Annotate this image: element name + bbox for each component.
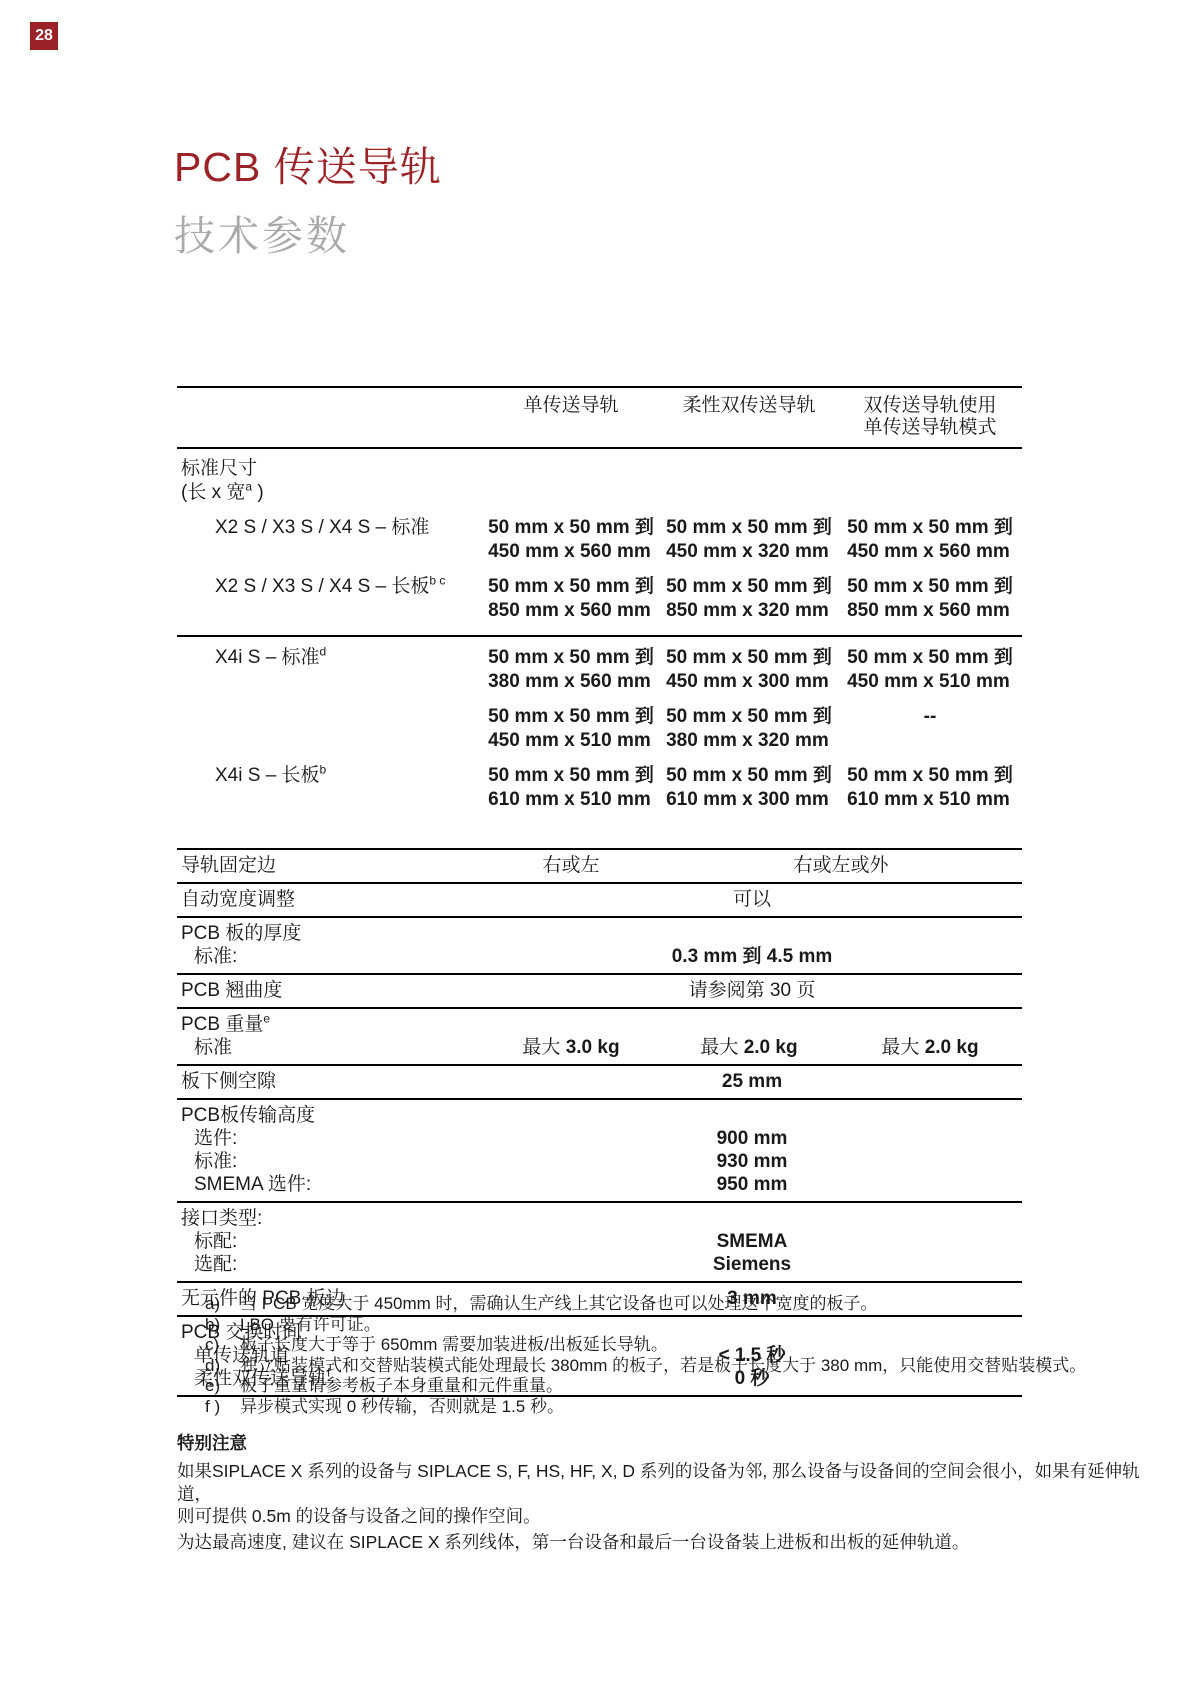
page-subtitle: 技术参数 xyxy=(174,203,442,262)
header-empty xyxy=(177,395,482,439)
special-note-title: 特别注意 xyxy=(177,1430,1162,1455)
row-pcb-weight: PCB 重量e 标准 最大 3.0 kg 最大 2.0 kg 最大 2.0 kg xyxy=(177,1009,1022,1066)
row-transport-height: PCB板传输高度 选件: 900 mm 标准: 930 mm SMEMA 选件:… xyxy=(177,1100,1022,1203)
header-dual-as-single: 双传送导轨使用 单传送导轨模式 xyxy=(838,395,1022,439)
table-row-x2x3x4-long-board: X2 S / X3 S / X4 S – 长板b c 50 mm x 50 mm… xyxy=(177,575,1022,623)
table-row-x4is-long-board: X4i S – 长板b 50 mm x 50 mm 到610 mm x 510 … xyxy=(177,764,1022,812)
dimensions-table: 单传送导轨 柔性双传送导轨 双传送导轨使用 单传送导轨模式 标准尺寸 (长 x … xyxy=(177,386,1022,812)
page-number: 28 xyxy=(35,27,53,45)
row-rail-fixed-edge: 导轨固定边 右或左 右或左或外 xyxy=(177,850,1022,884)
table-row-x4is-standard: X4i S – 标准d 50 mm x 50 mm 到380 mm x 560 … xyxy=(177,635,1022,694)
document-page: 28 PCB 传送导轨 技术参数 单传送导轨 柔性双传送导轨 双传送导轨使用 单… xyxy=(0,0,1191,1684)
special-note-line: 则可提供 0.5m 的设备与设备之间的操作空间。 xyxy=(177,1505,1162,1528)
footnote-c: c)板子长度大于等于 650mm 需要加装进板/出板延长导轨。 xyxy=(205,1335,1165,1356)
spec-tables: 单传送导轨 柔性双传送导轨 双传送导轨使用 单传送导轨模式 标准尺寸 (长 x … xyxy=(177,386,1022,1397)
footnotes: a)当 PCB 宽度大于 450mm 时，需确认生产线上其它设备也可以处理这个宽… xyxy=(205,1294,1165,1417)
page-title: PCB 传送导轨 xyxy=(174,134,442,193)
special-note-line: 如果SIPLACE X 系列的设备与 SIPLACE S, F, HS, HF,… xyxy=(177,1460,1162,1505)
special-note-line: 为达最高速度, 建议在 SIPLACE X 系列线体，第一台设备和最后一台设备装… xyxy=(177,1531,1162,1554)
header-single-conveyor: 单传送导轨 xyxy=(482,395,660,439)
section-standard-dimensions: 标准尺寸 (长 x 宽a ) xyxy=(177,449,1022,505)
table-header-row: 单传送导轨 柔性双传送导轨 双传送导轨使用 单传送导轨模式 xyxy=(177,386,1022,449)
footnote-a: a)当 PCB 宽度大于 450mm 时，需确认生产线上其它设备也可以处理这个宽… xyxy=(205,1294,1165,1315)
special-note: 特别注意 如果SIPLACE X 系列的设备与 SIPLACE S, F, HS… xyxy=(177,1430,1162,1553)
footnote-e: e)板子重量请参考板子本身重量和元件重量。 xyxy=(205,1376,1165,1397)
footnote-d: d)独立贴装模式和交替贴装模式能处理最长 380mm 的板子，若是板子长度大于 … xyxy=(205,1356,1165,1377)
table-row-x2x3x4-standard: X2 S / X3 S / X4 S – 标准 50 mm x 50 mm 到4… xyxy=(177,516,1022,564)
row-pcb-thickness: PCB 板的厚度 标准: 0.3 mm 到 4.5 mm xyxy=(177,918,1022,975)
row-interface-type: 接口类型: 标配: SMEMA 选配: Siemens xyxy=(177,1203,1022,1283)
header-flex-dual-conveyor: 柔性双传送导轨 xyxy=(660,395,838,439)
page-number-badge: 28 xyxy=(30,22,58,50)
footnote-f: f )异步模式实现 0 秒传输，否则就是 1.5 秒。 xyxy=(205,1397,1165,1418)
title-block: PCB 传送导轨 技术参数 xyxy=(174,134,442,262)
row-auto-width-adjust: 自动宽度调整 可以 xyxy=(177,884,1022,918)
row-under-board-clearance: 板下侧空隙 25 mm xyxy=(177,1066,1022,1100)
footnote-b: b)LBO 要有许可证。 xyxy=(205,1315,1165,1336)
row-pcb-warpage: PCB 翘曲度 请参阅第 30 页 xyxy=(177,975,1022,1009)
table-row-x4is-standard-alt: 50 mm x 50 mm 到450 mm x 510 mm 50 mm x 5… xyxy=(177,705,1022,753)
